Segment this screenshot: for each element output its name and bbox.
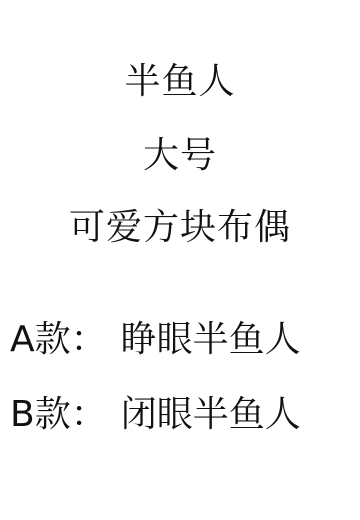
variant-b: B款：闭眼半鱼人 <box>10 393 360 437</box>
variant-b-label: B款： <box>10 393 107 437</box>
variant-a-label: A款： <box>10 318 107 362</box>
variant-b-description: 闭眼半鱼人 <box>121 393 301 437</box>
product-size: 大号 <box>0 134 360 178</box>
product-type: 可爱方块布偶 <box>0 206 360 250</box>
product-name: 半鱼人 <box>0 60 360 104</box>
variant-a-description: 睁眼半鱼人 <box>121 318 301 362</box>
variant-a: A款：睁眼半鱼人 <box>10 318 360 362</box>
